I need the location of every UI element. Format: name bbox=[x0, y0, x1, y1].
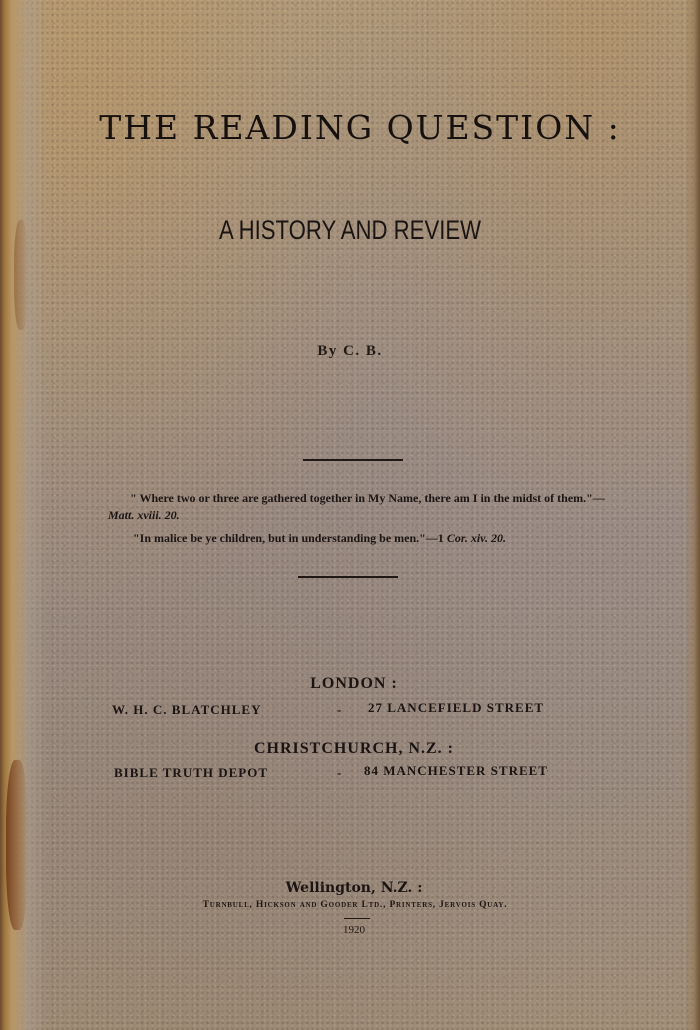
publication-year: 1920 bbox=[8, 924, 700, 936]
book-cover: THE READING QUESTION : A HISTORY AND REV… bbox=[0, 0, 700, 1030]
spine-stain bbox=[14, 220, 28, 330]
printer-line: Turnbull, Hickson and Gooder Ltd., Print… bbox=[10, 900, 700, 910]
spine-edge bbox=[0, 0, 48, 1030]
divider-rule bbox=[344, 918, 370, 919]
printer-city: Wellington, N.Z. : bbox=[8, 880, 700, 896]
quote-reference: Cor. xiv. 20. bbox=[447, 531, 506, 545]
publisher-city: LONDON : bbox=[8, 675, 700, 693]
publisher-address: 27 LANCEFIELD STREET bbox=[368, 700, 544, 716]
publisher-separator: - bbox=[337, 765, 342, 781]
publisher-separator: - bbox=[337, 702, 342, 718]
divider-rule bbox=[303, 459, 403, 461]
epigraph-quote: " Where two or three are gathered togeth… bbox=[108, 490, 608, 524]
epigraph-quote: "In malice be ye children, but in unders… bbox=[108, 530, 633, 547]
book-subtitle: A HISTORY AND REVIEW bbox=[63, 215, 637, 246]
cover-right-edge bbox=[684, 0, 700, 1030]
quote-text: " Where two or three are gathered togeth… bbox=[130, 491, 605, 505]
divider-rule bbox=[298, 576, 398, 578]
publisher-city: CHRISTCHURCH, N.Z. : bbox=[8, 740, 700, 758]
quote-reference: Matt. xviii. 20. bbox=[108, 508, 180, 522]
publisher-name: BIBLE TRUTH DEPOT bbox=[114, 765, 268, 781]
author-byline: By C. B. bbox=[0, 343, 700, 360]
book-title: THE READING QUESTION : bbox=[20, 108, 700, 147]
publisher-name: W. H. C. BLATCHLEY bbox=[112, 702, 261, 718]
quote-text: "In malice be ye children, but in unders… bbox=[133, 531, 447, 545]
publisher-address: 84 MANCHESTER STREET bbox=[364, 763, 548, 779]
